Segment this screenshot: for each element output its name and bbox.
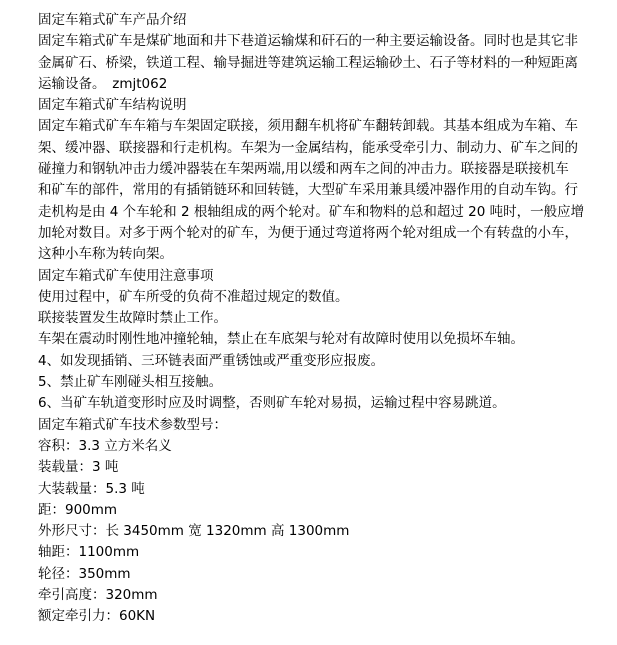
text-line: 运输设备。 zmjt062 (38, 74, 587, 95)
text-line: 联接装置发生故障时禁止工作。 (38, 308, 587, 329)
text-line: 外形尺寸：长 3450mm 宽 1320mm 高 1300mm (38, 521, 587, 542)
text-line: 金属矿石、桥梁，铁道工程、输导掘进等建筑运输工程运输砂土、石子等材料的一种短距离 (38, 53, 587, 74)
text-line: 车架在震动时刚性地冲撞轮轴，禁止在车底架与轮对有故障时使用以免损坏车轴。 (38, 329, 587, 350)
text-line: 容积：3.3 立方米名义 (38, 436, 587, 457)
text-line: 装载量：3 吨 (38, 457, 587, 478)
text-line: 和矿车的部件，常用的有插销链环和回转链，大型矿车采用兼具缓冲器作用的自动车钩。行 (38, 180, 587, 201)
text-line: 轴距：1100mm (38, 542, 587, 563)
text-line: 固定车箱式矿车是煤矿地面和井下巷道运输煤和矸石的一种主要运输设备。同时也是其它非 (38, 31, 587, 52)
text-line: 架、缓冲器、联接器和行走机构。车架为一金属结构，能承受牵引力、制动力、矿车之间的 (38, 138, 587, 159)
text-line: 碰撞力和钢轨冲击力缓冲器装在车架两端,用以缓和两车之间的冲击力。联接器是联接机车 (38, 159, 587, 180)
text-line: 额定牵引力：60KN (38, 606, 587, 627)
text-line: 5、禁止矿车刚碰头相互接触。 (38, 372, 587, 393)
text-line: 固定车箱式矿车结构说明 (38, 95, 587, 116)
document-body: 固定车箱式矿车产品介绍固定车箱式矿车是煤矿地面和井下巷道运输煤和矸石的一种主要运… (0, 0, 617, 645)
text-line: 轮径：350mm (38, 564, 587, 585)
text-line: 固定车箱式矿车技术参数型号： (38, 415, 587, 436)
text-line: 距：900mm (38, 500, 587, 521)
text-line: 使用过程中，矿车所受的负荷不准超过规定的数值。 (38, 287, 587, 308)
text-line: 大装载量：5.3 吨 (38, 479, 587, 500)
text-line: 6、当矿车轨道变形时应及时调整，否则矿车轮对易损，运输过程中容易跳道。 (38, 393, 587, 414)
text-line: 这种小车称为转向架。 (38, 244, 587, 265)
text-line: 走机构是由 4 个车轮和 2 根轴组成的两个轮对。矿车和物料的总和超过 20 吨… (38, 202, 587, 223)
text-line: 固定车箱式矿车产品介绍 (38, 10, 587, 31)
text-line: 固定车箱式矿车使用注意事项 (38, 266, 587, 287)
text-line: 加轮对数目。对多于两个轮对的矿车，为便于通过弯道将两个轮对组成一个有转盘的小车， (38, 223, 587, 244)
text-line: 4、如发现插销、三环链表面严重锈蚀或严重变形应报废。 (38, 351, 587, 372)
text-line: 牵引高度：320mm (38, 585, 587, 606)
text-line: 固定车箱式矿车车箱与车架固定联接，须用翻车机将矿车翻转卸载。其基本组成为车箱、车 (38, 116, 587, 137)
